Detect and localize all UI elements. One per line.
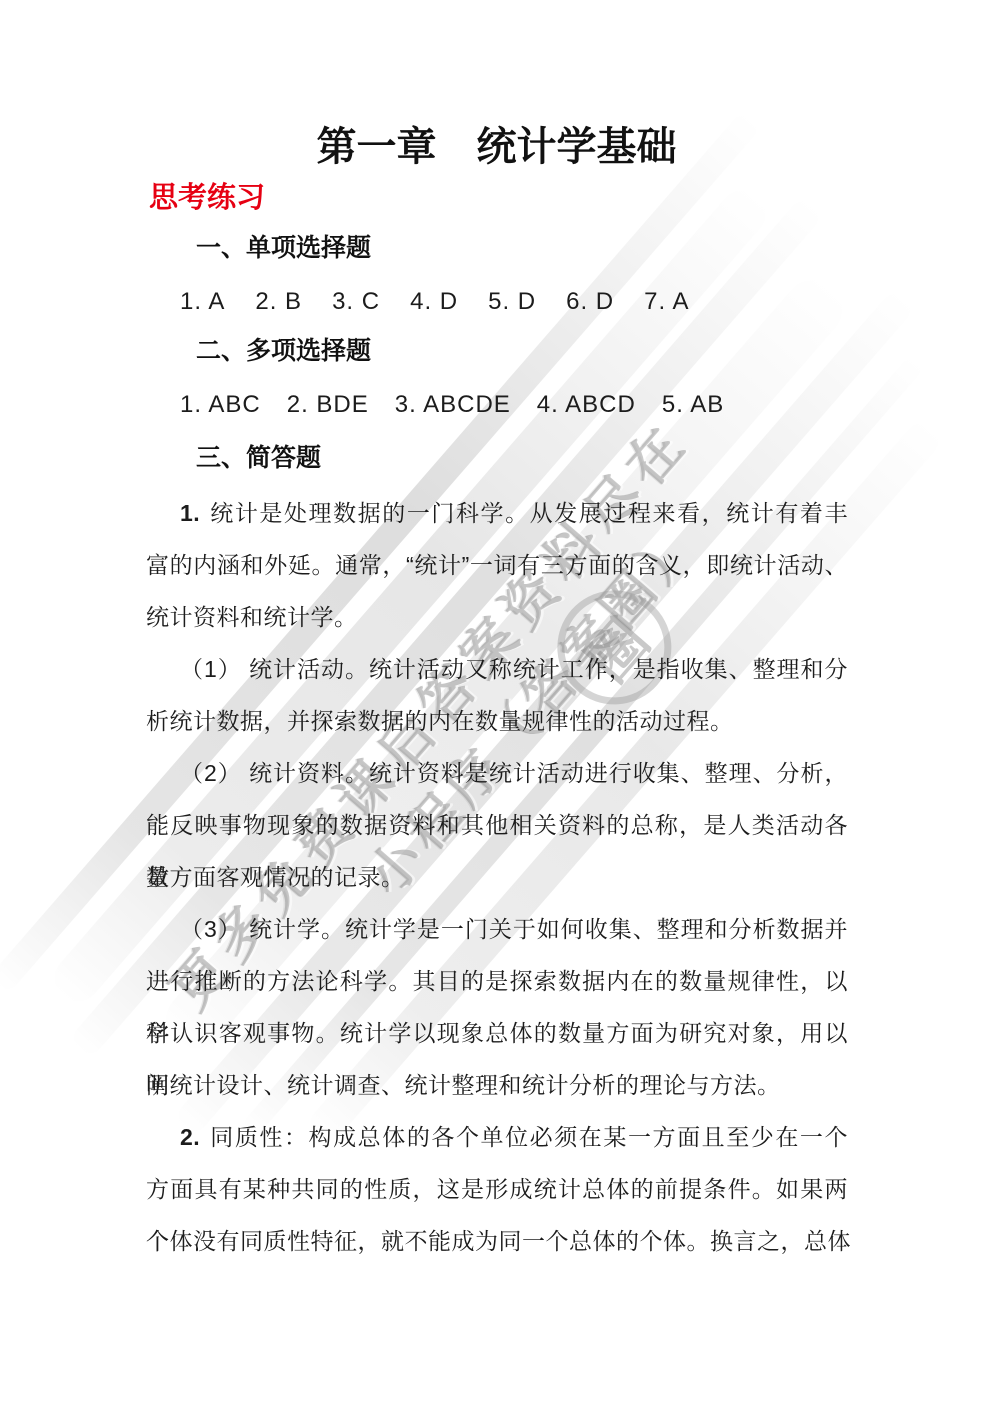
body-line: （3） 统计学。统计学是一门关于如何收集、整理和分析数据并 — [146, 903, 848, 955]
body-line: 量方面客观情况的记录。 — [146, 851, 848, 903]
body-line: 富的内涵和外延。通常，“统计”一词有三方面的含义，即统计活动、 — [146, 539, 848, 591]
body-line: 明统计设计、统计调查、统计整理和统计分析的理论与方法。 — [146, 1059, 848, 1111]
body-line: （2） 统计资料。统计资料是统计活动进行收集、整理、分析， — [146, 747, 848, 799]
chapter-title: 第一章 统计学基础 — [0, 121, 993, 173]
answer-item: 5. D — [488, 280, 536, 324]
section-heading-multi-choice: 二、多项选择题 — [196, 329, 371, 373]
body-line: 进行推断的方法论科学。其目的是探索数据内在的数量规律性，以科 — [146, 955, 848, 1007]
exercise-heading: 思考练习 — [149, 178, 265, 218]
paragraph-number: 2. — [180, 1124, 200, 1150]
section-heading-short-answer: 三、简答题 — [196, 436, 321, 480]
body-line: 能反映事物现象的数据资料和其他相关资料的总称，是人类活动各数 — [146, 799, 848, 851]
answers-line-multi-choice: 1. ABC2. BDE3. ABCDE4. ABCD5. AB — [180, 383, 724, 427]
answers-line-single-choice: 1. A2. B3. C4. D5. D6. D7. A — [180, 280, 690, 324]
answer-item: 1. A — [180, 280, 225, 324]
body-line: 方面具有某种共同的性质，这是形成统计总体的前提条件。如果两个 — [146, 1163, 848, 1215]
answer-item: 4. D — [410, 280, 458, 324]
document-page: 更多免费课后答案资料尽在 小程序（答案圈） 圈 第一章 统计学基础 思考练习 一… — [0, 0, 993, 1404]
body-line: 2.同质性：构成总体的各个单位必须在某一方面且至少在一个 — [146, 1111, 848, 1163]
answer-item: 5. AB — [662, 383, 724, 427]
document-content: 第一章 统计学基础 思考练习 一、单项选择题 1. A2. B3. C4. D5… — [0, 0, 993, 1404]
body-line: 统计资料和统计学。 — [146, 591, 848, 643]
answer-item: 2. B — [255, 280, 302, 324]
answer-item: 4. ABCD — [537, 383, 636, 427]
answer-item: 2. BDE — [287, 383, 369, 427]
body-line: 个体没有同质性特征，就不能成为同一个总体的个体。换言之，总体 — [146, 1215, 848, 1267]
answer-item: 3. C — [332, 280, 380, 324]
body-line: 1.统计是处理数据的一门科学。从发展过程来看，统计有着丰 — [146, 487, 848, 539]
short-answer-body: 1.统计是处理数据的一门科学。从发展过程来看，统计有着丰富的内涵和外延。通常，“… — [146, 487, 848, 1267]
paragraph-number: 1. — [180, 500, 200, 526]
answer-item: 6. D — [566, 280, 614, 324]
body-line: 析统计数据，并探索数据的内在数量规律性的活动过程。 — [146, 695, 848, 747]
answer-item: 7. A — [644, 280, 689, 324]
answer-item: 3. ABCDE — [395, 383, 511, 427]
answer-item: 1. ABC — [180, 383, 261, 427]
body-line: 学认识客观事物。统计学以现象总体的数量方面为研究对象，用以阐 — [146, 1007, 848, 1059]
section-heading-single-choice: 一、单项选择题 — [196, 226, 371, 270]
body-line: （1） 统计活动。统计活动又称统计工作，是指收集、整理和分 — [146, 643, 848, 695]
